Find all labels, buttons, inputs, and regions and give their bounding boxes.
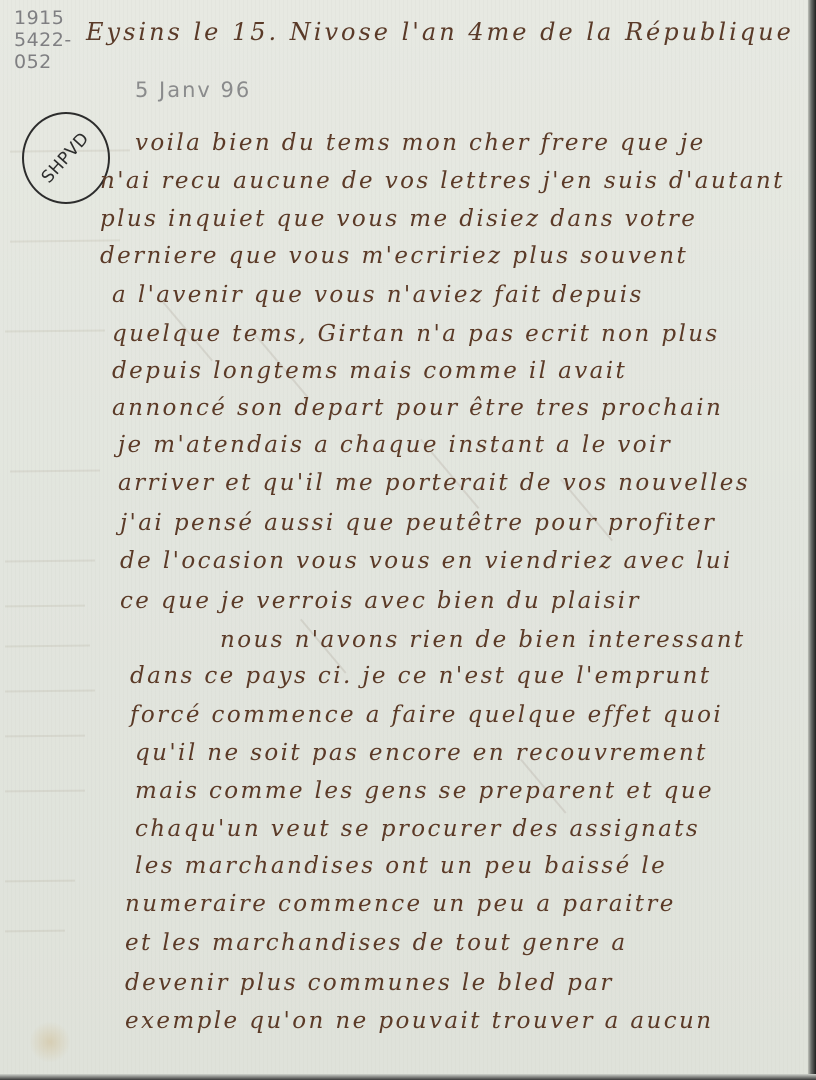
letter-line: mais comme les gens se preparent et que: [135, 778, 714, 804]
letter-line: plus inquiet que vous me disiez dans vot…: [100, 206, 697, 232]
archive-stamp: SHPVD: [22, 112, 110, 204]
letter-line: dans ce pays ci. je ce n'est que l'empru…: [130, 663, 711, 689]
letter-line: les marchandises ont un peu baissé le: [135, 853, 667, 879]
letter-line: voila bien du tems mon cher frere que je: [135, 130, 706, 156]
pencil-date-annotation: 5 Janv 96: [135, 78, 251, 102]
letter-line: et les marchandises de tout genre a: [125, 930, 627, 956]
letter-line: depuis longtems mais comme il avait: [112, 358, 627, 384]
letter-line: de l'ocasion vous vous en viendriez avec…: [120, 548, 733, 574]
page-edge-right: [808, 0, 816, 1080]
letter-line: ce que je verrois avec bien du plaisir: [120, 588, 641, 614]
manuscript-page: [0, 0, 808, 1080]
letter-heading-place-date: Eysins le 15. Nivose l'an 4me de la Répu…: [86, 18, 806, 46]
archive-ref-line: 052: [14, 52, 72, 74]
letter-line: numeraire commence un peu a paraitre: [125, 891, 676, 917]
letter-line: je m'atendais a chaque instant a le voir: [118, 432, 672, 458]
letter-line: quelque tems, Girtan n'a pas ecrit non p…: [112, 321, 720, 347]
letter-line: devenir plus communes le bled par: [125, 970, 614, 996]
letter-line: exemple qu'on ne pouvait trouver a aucun: [125, 1008, 713, 1034]
letter-line: j'ai pensé aussi que peutêtre pour profi…: [120, 510, 716, 536]
letter-line: annoncé son depart pour être tres procha…: [112, 395, 723, 421]
archive-ref-line: 5422-: [14, 30, 72, 52]
archive-ref-line: 1915: [14, 8, 72, 30]
archive-reference-pencil: 1915 5422- 052: [14, 8, 72, 74]
paper-stain: [30, 1020, 70, 1064]
letter-line: arriver et qu'il me porterait de vos nou…: [118, 470, 750, 496]
letter-line: chaqu'un veut se procurer des assignats: [135, 816, 700, 842]
page-edge-bottom: [0, 1074, 816, 1080]
letter-line: qu'il ne soit pas encore en recouvrement: [135, 740, 708, 766]
letter-line: a l'avenir que vous n'aviez fait depuis: [112, 282, 644, 308]
letter-line: nous n'avons rien de bien interessant: [220, 627, 746, 653]
letter-line: forcé commence a faire quelque effet quo…: [130, 702, 723, 728]
letter-line: n'ai recu aucune de vos lettres j'en sui…: [100, 168, 785, 194]
stamp-text: SHPVD: [38, 129, 94, 188]
letter-line: derniere que vous m'ecririez plus souven…: [100, 243, 688, 269]
